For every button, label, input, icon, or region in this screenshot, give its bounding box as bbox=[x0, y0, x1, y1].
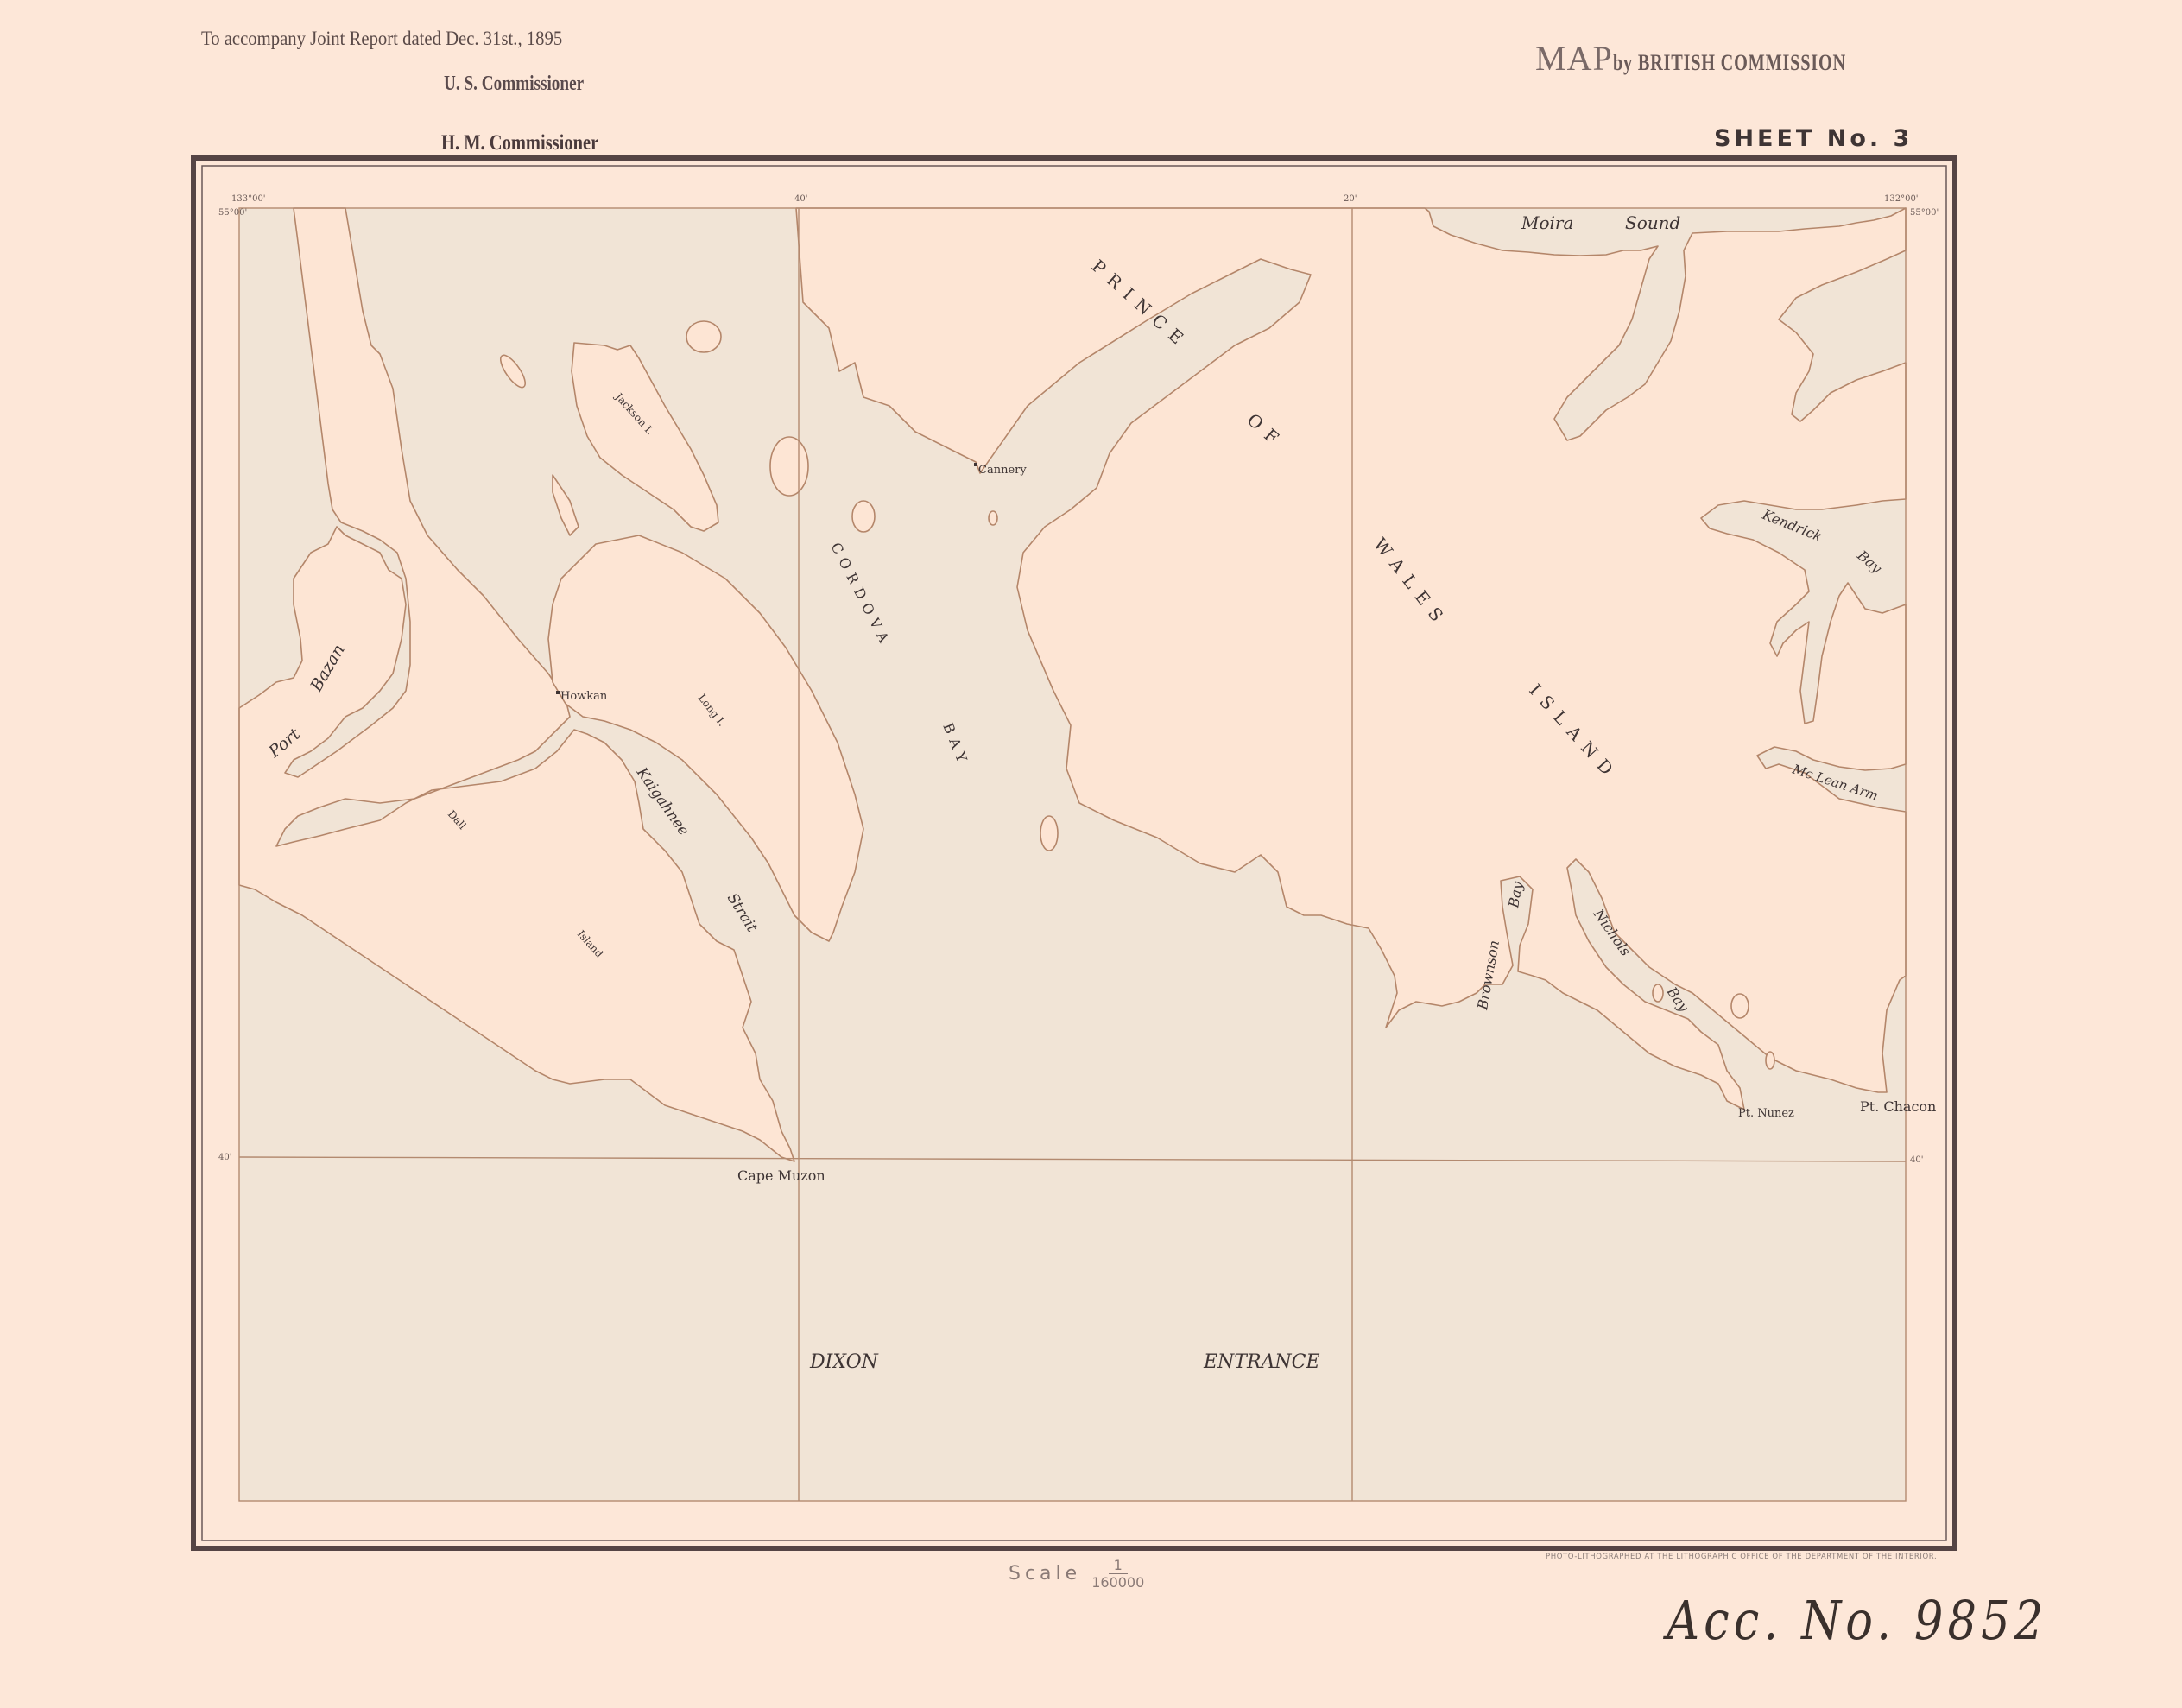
scale-denominator: 160000 bbox=[1091, 1574, 1144, 1591]
tick-lon-20: 20' bbox=[1344, 194, 1357, 204]
label-sound: Sound bbox=[1625, 212, 1680, 233]
islet-5 bbox=[1731, 994, 1749, 1018]
label-howkan: Howkan bbox=[560, 690, 608, 703]
tick-lon-40: 40' bbox=[794, 194, 807, 204]
islet-4 bbox=[989, 511, 997, 525]
label-cannery: Cannery bbox=[978, 464, 1027, 477]
islet-7 bbox=[1766, 1052, 1774, 1069]
tick-lon-133: 133°00' bbox=[231, 194, 266, 204]
lithograph-credit: PHOTO-LITHOGRAPHED AT THE LITHOGRAPHIC O… bbox=[1546, 1553, 1937, 1561]
howkan-marker bbox=[556, 691, 560, 694]
label-cape-muzon: Cape Muzon bbox=[737, 1167, 825, 1184]
island-north bbox=[686, 321, 721, 352]
scale-fraction: 1 160000 bbox=[1091, 1557, 1144, 1591]
tick-lat-55-left: 55°00' bbox=[218, 208, 247, 218]
label-dixon: DIXON bbox=[809, 1351, 879, 1373]
accession-number: Acc. No. 9852 bbox=[1667, 1589, 2047, 1652]
label-moira: Moira bbox=[1521, 212, 1573, 233]
label-pt-nunez: Pt. Nunez bbox=[1738, 1107, 1794, 1120]
island-cordova bbox=[852, 501, 875, 532]
map-scale: Scale 1 160000 bbox=[1009, 1557, 1144, 1591]
map-canvas: 133°00' 55°00' 132°00' 55°00' 40' 20' 40… bbox=[0, 0, 2182, 1708]
islet-6 bbox=[1653, 984, 1663, 1002]
scale-label: Scale bbox=[1009, 1563, 1081, 1585]
islet-3 bbox=[1040, 816, 1058, 851]
tick-lon-132: 132°00' bbox=[1884, 194, 1919, 204]
island-mid bbox=[770, 437, 808, 496]
scale-numerator: 1 bbox=[1109, 1557, 1128, 1574]
label-entrance: ENTRANCE bbox=[1203, 1351, 1320, 1373]
tick-lat-40-right: 40' bbox=[1910, 1155, 1923, 1165]
tick-lat-55-right: 55°00' bbox=[1910, 208, 1939, 218]
cannery-marker bbox=[974, 463, 977, 466]
tick-lat-40-left: 40' bbox=[218, 1153, 231, 1162]
label-pt-chacon: Pt. Chacon bbox=[1860, 1098, 1936, 1115]
